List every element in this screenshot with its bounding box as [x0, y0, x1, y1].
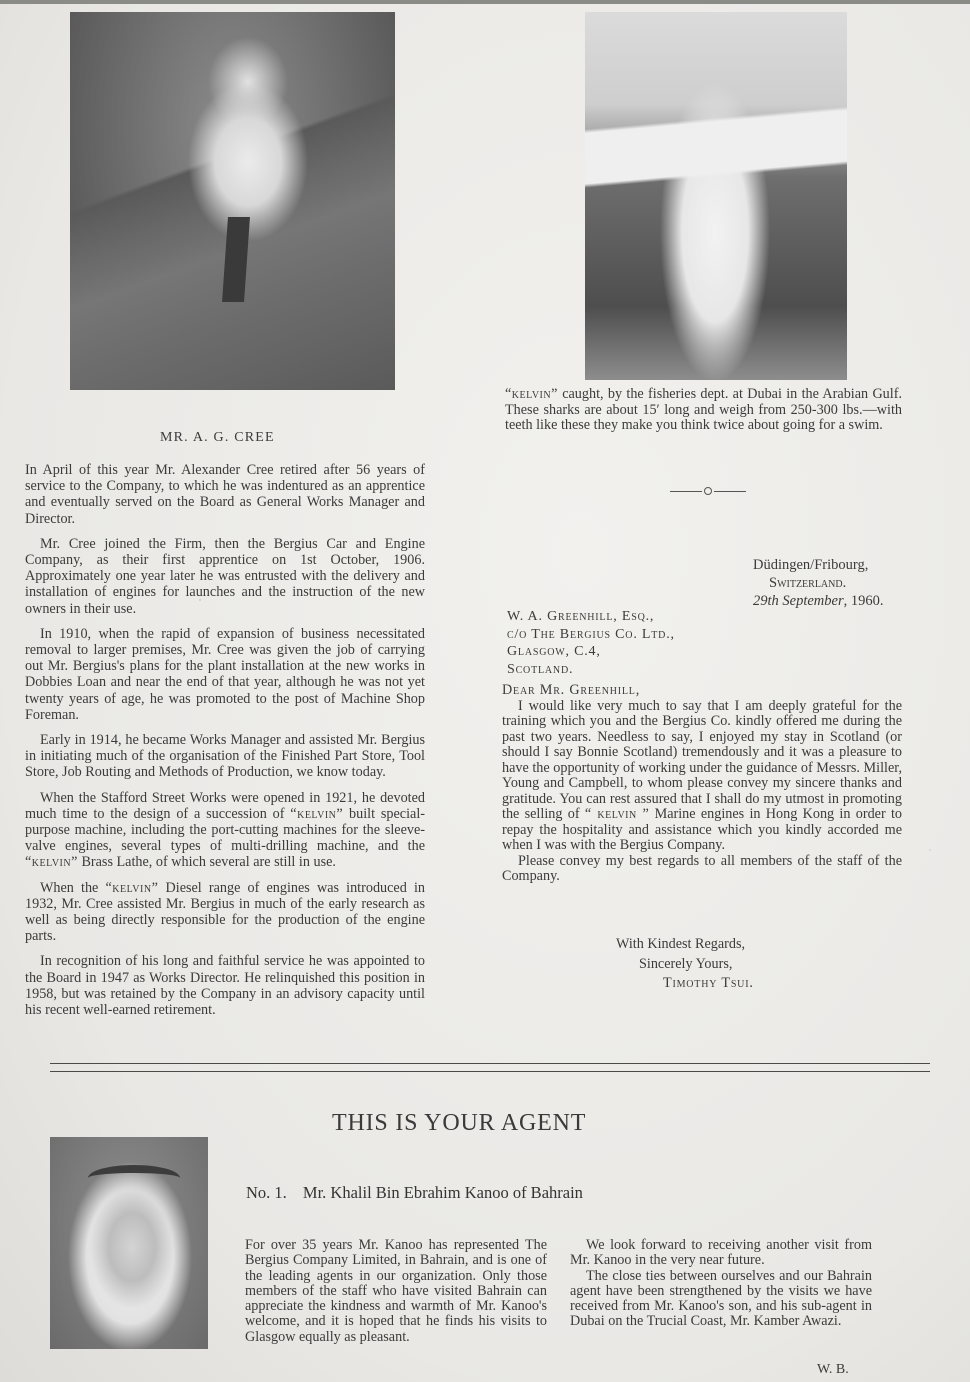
shark-caption: “kelvin” caught, by the fisheries dept. … — [505, 387, 902, 434]
agent-paragraph: We look forward to receiving another vis… — [570, 1238, 872, 1269]
address-line: Glasgow, C.4, — [507, 643, 675, 661]
letter-closing: Sincerely Yours, — [639, 956, 732, 973]
shark-photo — [585, 12, 847, 380]
kanoo-portrait-photo — [50, 1137, 208, 1349]
cree-paragraph: When the Stafford Street Works were open… — [25, 790, 425, 871]
letter-body: Dear Mr. Greenhill, I would like very mu… — [502, 683, 902, 885]
newsletter-page: “kelvin” caught, by the fisheries dept. … — [0, 0, 970, 1382]
agent-section-title: THIS IS YOUR AGENT — [332, 1110, 586, 1137]
kelvin-brand: “kelvin” — [290, 806, 343, 822]
cree-paragraph: In 1910, when the rapid of expansion of … — [25, 626, 425, 723]
letter-dateline: Düdingen/Fribourg, Switzerland. 29th Sep… — [753, 556, 883, 610]
agent-paragraph: The close ties between ourselves and our… — [570, 1269, 872, 1330]
cree-paragraph: In recognition of his long and faithful … — [25, 953, 425, 1018]
cree-paragraph: When the “kelvin” Diesel range of engine… — [25, 880, 425, 945]
agent-name: Mr. Khalil Bin Ebrahim Kanoo of Bahrain — [303, 1183, 583, 1202]
cree-caption: MR. A. G. CREE — [160, 430, 275, 446]
address-line: Scotland. — [507, 661, 675, 679]
letter-paragraph: I would like very much to say that I am … — [502, 699, 902, 854]
kelvin-brand: “kelvin” — [105, 880, 158, 896]
scan-edge — [0, 0, 970, 4]
cree-article: In April of this year Mr. Alexander Cree… — [25, 462, 425, 1027]
address-line: W. A. Greenhill, Esq., — [507, 608, 675, 626]
cree-paragraph: Early in 1914, he became Works Manager a… — [25, 732, 425, 781]
agent-number: No. 1. — [246, 1183, 287, 1202]
section-divider — [670, 484, 746, 498]
cree-paragraph: In April of this year Mr. Alexander Cree… — [25, 462, 425, 527]
letter-paragraph: Please convey my best regards to all mem… — [502, 854, 902, 885]
letter-closing: With Kindest Regards, — [616, 936, 745, 953]
agent-paragraph: For over 35 years Mr. Kanoo has represen… — [245, 1238, 547, 1345]
cree-portrait-photo — [70, 12, 395, 390]
horizontal-rule — [50, 1071, 930, 1072]
letter-address: W. A. Greenhill, Esq., c/o The Bergius C… — [507, 608, 675, 678]
agent-column-1: For over 35 years Mr. Kanoo has represen… — [245, 1238, 547, 1345]
horizontal-rule — [50, 1063, 930, 1064]
letter-signature: Timothy Tsui. — [663, 975, 754, 992]
kelvin-brand: “kelvin” — [25, 854, 78, 870]
letter-salutation: Dear Mr. Greenhill, — [502, 683, 902, 699]
kelvin-brand: “kelvin” — [505, 386, 558, 402]
address-line: c/o The Bergius Co. Ltd., — [507, 626, 675, 644]
author-initials: W. B. — [817, 1362, 849, 1378]
divider-circle-icon — [704, 487, 712, 495]
kelvin-brand: “ kelvin ” — [585, 806, 649, 822]
dateline-date: 29th September, 1960. — [753, 592, 883, 610]
cree-paragraph: Mr. Cree joined the Firm, then the Bergi… — [25, 536, 425, 617]
agent-column-2: We look forward to receiving another vis… — [570, 1238, 872, 1330]
dateline-country: Switzerland. — [753, 574, 883, 592]
dateline-place: Düdingen/Fribourg, — [753, 556, 883, 574]
agent-subtitle: No. 1. Mr. Khalil Bin Ebrahim Kanoo of B… — [246, 1183, 583, 1203]
